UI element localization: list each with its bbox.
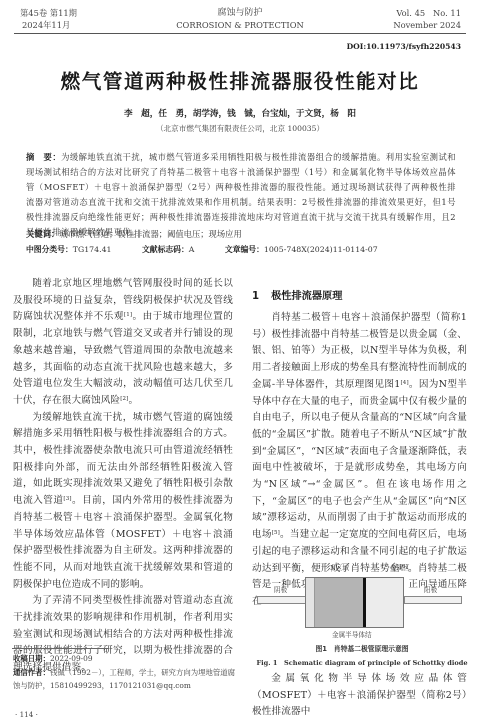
- classification-line: 中图分类号：TG174.41 文献标志码：A 文章编号：1005-748X(20…: [26, 244, 406, 255]
- keywords: 关键词：城市燃气管道；极性排流器；阈值电压；现场应用: [26, 228, 242, 240]
- abstract-label: 摘 要：: [26, 152, 61, 162]
- abstract-text: 为缓解地铁直流干扰，城市燃气管道多采用牺牲阳极与极性排流器组合的缓解措施。利用实…: [26, 152, 456, 237]
- journal-volume-en: Vol. 45 No. 11 November 2024: [393, 7, 461, 31]
- label-cathode: 阴极: [274, 584, 287, 594]
- doi: DOI:10.11973/fsyfh220543: [347, 42, 461, 51]
- received-date: 2022-09-09: [50, 654, 93, 663]
- authors: 李 超，任 勇，胡学涛，钱 铖，台宝灿，于文贤，杨 阳: [0, 107, 480, 119]
- label-junction: 金属半导体结: [332, 629, 372, 639]
- metal-region: [366, 578, 403, 627]
- doc-code-label: 文献标志码：: [142, 245, 189, 254]
- reference-4[interactable]: [4]: [401, 380, 409, 386]
- figure-1-schottky-diagram: N区域 金属区 阴极 阳极 金属半导体结: [250, 562, 475, 642]
- intro-paragraph-2: 为缓解地铁直流干扰，城市燃气管道的腐蚀缓解措施多采用牺牲阳极与极性排流器组合的方…: [13, 410, 233, 594]
- page-number: · 114 ·: [15, 710, 38, 719]
- reference-1[interactable]: [1]: [124, 312, 132, 318]
- article-no-label: 文章编号：: [225, 245, 264, 254]
- received-label: 收稿日期：: [13, 654, 50, 663]
- doc-code-value: A: [189, 245, 195, 254]
- article-no-value: 1005-748X(2024)11-0114-07: [264, 245, 378, 254]
- section1-paragraph-2: 金属氧化物半导体场效应晶体管（MOSFET）＋电容＋浪涌保护器型（简称2号）极性…: [252, 671, 467, 721]
- label-n-region: N区域: [330, 562, 349, 572]
- figure-caption-en: Fig. 1 Schematic diagram of principle of…: [252, 657, 472, 667]
- keywords-label: 关键词：: [26, 229, 59, 239]
- clc-value: TG174.41: [73, 245, 112, 254]
- label-anode: 阳极: [424, 584, 437, 594]
- keywords-text: 城市燃气管道；极性排流器；阈值电压；现场应用: [59, 229, 242, 239]
- diode-body: [305, 577, 404, 628]
- reference-5[interactable]: [5]: [272, 530, 280, 536]
- date-en: November 2024: [393, 19, 461, 31]
- left-column: 随着北京地区埋地燃气管网服役时间的延长以及服役环境的日益复杂，管线阴极保护状况及…: [13, 276, 233, 677]
- reference-3[interactable]: [3]: [63, 496, 71, 502]
- section-heading: 1极性排流器原理: [252, 287, 342, 302]
- date-cn: 2024年11月: [20, 19, 77, 31]
- n-region: [315, 578, 363, 627]
- volume-issue-en: Vol. 45 No. 11: [393, 7, 461, 19]
- right-wire: [404, 596, 462, 604]
- journal-name: 腐蚀与防护 CORROSION & PROTECTION: [140, 7, 340, 31]
- abstract: 摘 要：为缓解地铁直流干扰，城市燃气管道多采用牺牲阳极与极性排流器组合的缓解措施…: [26, 150, 456, 240]
- label-metal-region: 金属区: [390, 562, 410, 572]
- volume-issue-cn: 第45卷 第11期: [20, 7, 77, 19]
- corresponding-label: 通信作者：: [13, 668, 50, 677]
- journal-name-cn: 腐蚀与防护: [140, 7, 340, 19]
- figure-caption-cn: 图1 肖特基二极管原理示意图: [252, 643, 472, 653]
- header-rule: [14, 33, 466, 34]
- edge-strip: [306, 578, 315, 627]
- footnote-corresponding: 通信作者：钱铖（1992－），工程师，学士，研究方向为埋地管道腐蚀与防护，158…: [13, 666, 238, 692]
- clc-label: 中图分类号：: [26, 245, 73, 254]
- intro-paragraph-1: 随着北京地区埋地燃气管网服役时间的延长以及服役环境的日益复杂，管线阴极保护状况及…: [13, 276, 233, 410]
- journal-name-en: CORROSION & PROTECTION: [140, 19, 340, 31]
- footnote-received: 收稿日期：2022-09-09: [13, 652, 238, 665]
- journal-volume-cn: 第45卷 第11期 2024年11月: [20, 7, 77, 31]
- section-number: 1: [252, 291, 259, 302]
- affiliation: （北京市燃气集团有限责任公司，北京 100035）: [0, 123, 480, 134]
- footnote-rule: [12, 648, 108, 649]
- left-wire: [257, 596, 306, 604]
- article-title: 燃气管道两种极性排流器服役性能对比: [0, 66, 480, 94]
- section-title: 极性排流器原理: [271, 291, 342, 302]
- reference-2[interactable]: [2]: [120, 396, 128, 402]
